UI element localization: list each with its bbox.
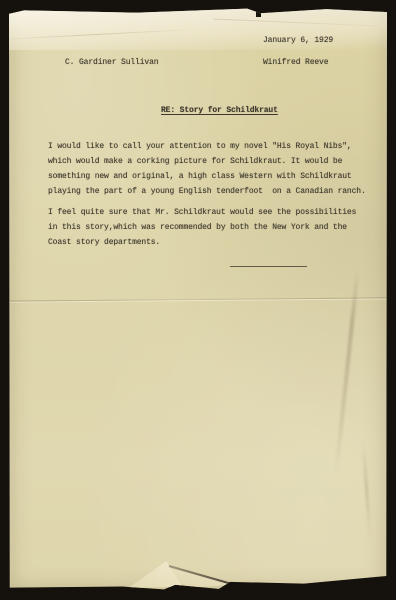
- horizontal-fold-crease: [9, 297, 387, 301]
- vertical-wrinkle-lower: [362, 438, 372, 538]
- sender-name: Winifred Reeve: [263, 58, 328, 67]
- bottom-tear-slit: [169, 565, 231, 585]
- subject-heading: RE: Story for Schildkraut: [161, 106, 278, 115]
- letter-date: January 6, 1929: [263, 36, 333, 45]
- paper-notch: [256, 8, 261, 17]
- body-line: I feel quite sure that Mr. Schildkraut w…: [48, 205, 356, 220]
- signature-rule: [230, 266, 307, 267]
- bottom-fold-flap-left: [128, 561, 182, 589]
- body-paragraph-1: I would like to call your attention to m…: [48, 139, 366, 199]
- body-line: in this story,which was recommended by b…: [48, 220, 356, 235]
- fold-crease-top-right: [213, 19, 379, 27]
- vertical-wrinkle: [334, 266, 360, 475]
- letter-paper: January 6, 1929 C. Gardiner Sullivan Win…: [9, 8, 387, 590]
- fold-crease-top-left: [9, 29, 183, 39]
- body-line: something new and original, a high class…: [48, 169, 366, 184]
- body-line: I would like to call your attention to m…: [48, 139, 366, 154]
- body-line: Coast story departments.: [48, 235, 356, 250]
- recipient-name: C. Gardiner Sullivan: [65, 58, 158, 67]
- body-paragraph-2: I feel quite sure that Mr. Schildkraut w…: [48, 205, 356, 250]
- body-line: which would make a corking picture for S…: [48, 154, 366, 169]
- bottom-fold-flap-right: [169, 567, 231, 589]
- body-line: playing the part of a young English tend…: [48, 184, 366, 199]
- photo-background: January 6, 1929 C. Gardiner Sullivan Win…: [0, 0, 396, 600]
